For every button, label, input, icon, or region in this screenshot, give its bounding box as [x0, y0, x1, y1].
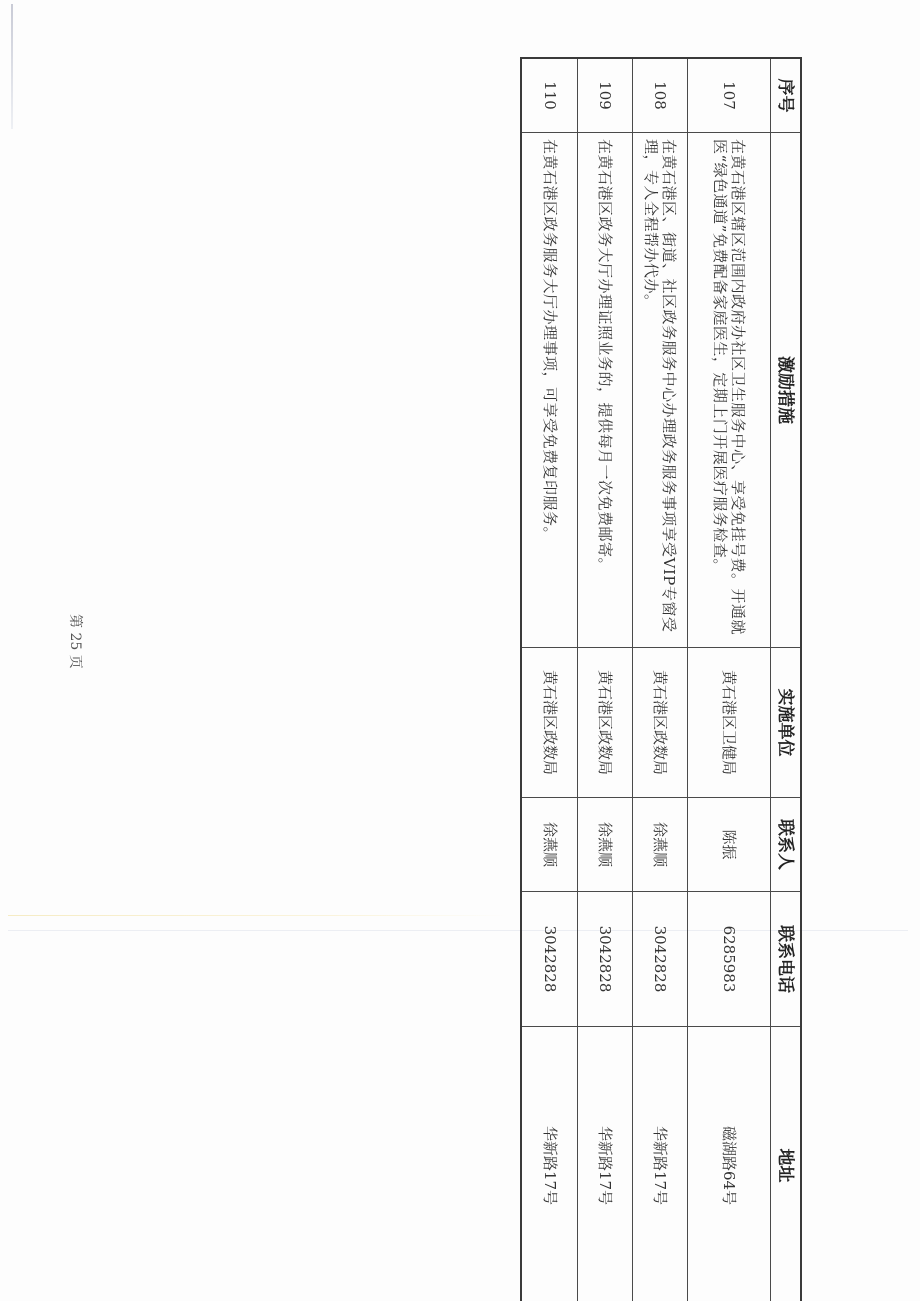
cell-serial-number: 110 [522, 58, 578, 133]
cell-serial-number: 108 [633, 58, 688, 133]
cell-phone: 3042828 [578, 892, 633, 1027]
cell-address: 华新路17号 [633, 1027, 688, 1301]
cell-unit: 黄石港区政数局 [578, 648, 633, 798]
table-row: 108 在黄石港区、街道、社区政务服务中心办理政务服务事项享受VIP专窗受理，专… [633, 58, 688, 1301]
cell-measure: 在黄石港区、街道、社区政务服务中心办理政务服务事项享受VIP专窗受理，专人全程帮… [633, 133, 688, 648]
cell-measure: 在黄石港区政务服务大厅办理事项，可享受免费复印服务。 [522, 133, 578, 648]
scan-edge-artifact [11, 4, 13, 129]
scan-line-artifact [8, 915, 508, 916]
table-header-row: 序号 激励措施 实施单位 联系人 联系电话 地址 [771, 58, 802, 1301]
cell-address: 华新路17号 [522, 1027, 578, 1301]
header-contact-person: 联系人 [771, 798, 802, 892]
cell-phone: 3042828 [633, 892, 688, 1027]
header-incentive-measures: 激励措施 [771, 133, 802, 648]
cell-serial-number: 107 [688, 58, 771, 133]
cell-phone: 3042828 [522, 892, 578, 1027]
page-number: 第 25 页 [62, 614, 86, 694]
cell-contact: 徐燕顺 [522, 798, 578, 892]
cell-address: 磁湖路64号 [688, 1027, 771, 1301]
cell-contact: 陈振 [688, 798, 771, 892]
incentive-measures-table: 序号 激励措施 实施单位 联系人 联系电话 地址 107 在黄石港区辖区范围内政… [521, 57, 803, 1301]
table-row: 110 在黄石港区政务服务大厅办理事项，可享受免费复印服务。 黄石港区政数局 徐… [522, 58, 578, 1301]
table-row: 109 在黄石港区政务大厅办理证照业务的，提供每月一次免费邮寄。 黄石港区政数局… [578, 58, 633, 1301]
table-row: 107 在黄石港区辖区范围内政府办社区卫生服务中心、享受免挂号费。开通就医“绿色… [688, 58, 771, 1301]
header-address: 地址 [771, 1027, 802, 1301]
cell-contact: 徐燕顺 [578, 798, 633, 892]
rotated-table-container: 序号 激励措施 实施单位 联系人 联系电话 地址 107 在黄石港区辖区范围内政… [524, 57, 802, 1225]
cell-serial-number: 109 [578, 58, 633, 133]
cell-unit: 黄石港区政数局 [633, 648, 688, 798]
cell-measure: 在黄石港区辖区范围内政府办社区卫生服务中心、享受免挂号费。开通就医“绿色通道”免… [688, 133, 771, 648]
header-serial-number: 序号 [771, 58, 802, 133]
cell-contact: 徐燕顺 [633, 798, 688, 892]
header-contact-phone: 联系电话 [771, 892, 802, 1027]
cell-measure: 在黄石港区政务大厅办理证照业务的，提供每月一次免费邮寄。 [578, 133, 633, 648]
cell-phone: 6285983 [688, 892, 771, 1027]
cell-unit: 黄石港区政数局 [522, 648, 578, 798]
header-implementing-unit: 实施单位 [771, 648, 802, 798]
cell-address: 华新路17号 [578, 1027, 633, 1301]
cell-unit: 黄石港区卫健局 [688, 648, 771, 798]
